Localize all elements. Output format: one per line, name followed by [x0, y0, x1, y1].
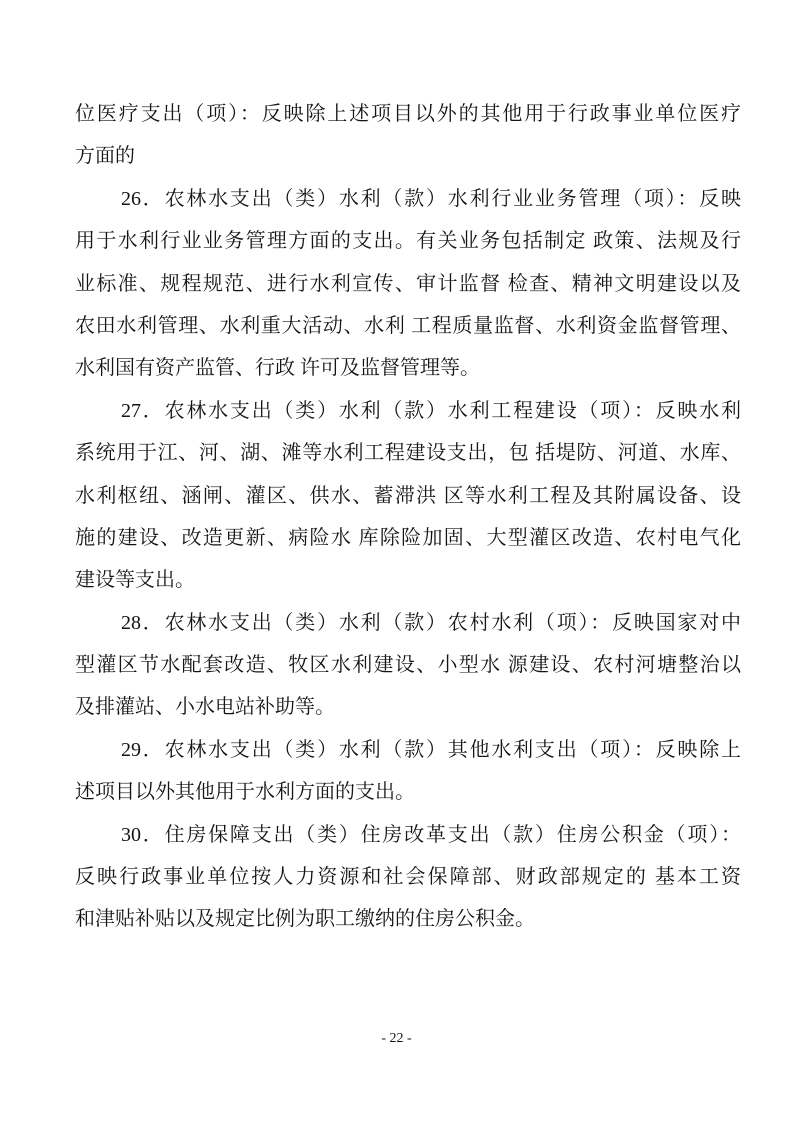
text-line: 业标准、规程规范、进行水利宣传、审计监督 检查、精神文明建设以及 — [75, 263, 741, 305]
text-line: 27．农林水支出（类）水利（款）水利工程建设（项）：反映水利 — [75, 390, 741, 432]
document-page: 位医疗支出（项）：反映除上述项目以外的其他用于行政事业单位医疗方面的26．农林水… — [0, 0, 793, 1122]
text-line: 农田水利管理、水利重大活动、水利 工程质量监督、水利资金监督管理、 — [75, 305, 741, 347]
text-line: 29．农林水支出（类）水利（款）其他水利支出（项）：反映除上 — [75, 729, 741, 771]
text-line: 施的建设、改造更新、病险水 库除险加固、大型灌区改造、农村电气化 — [75, 517, 741, 559]
text-line: 述项目以外其他用于水利方面的支出。 — [75, 771, 741, 813]
text-line: 28．农林水支出（类）水利（款）农村水利（项）：反映国家对中 — [75, 602, 741, 644]
text-line: 系统用于江、河、湖、滩等水利工程建设支出，包 括堤防、河道、水库、 — [75, 432, 741, 474]
text-line: 水利国有资产监管、行政 许可及监督管理等。 — [75, 347, 741, 389]
text-line: 建设等支出。 — [75, 559, 741, 601]
text-line: 水利枢纽、涵闸、灌区、供水、蓄滞洪 区等水利工程及其附属设备、设 — [75, 475, 741, 517]
text-line: 反映行政事业单位按人力资源和社会保障部、财政部规定的 基本工资 — [75, 856, 741, 898]
text-line: 型灌区节水配套改造、牧区水利建设、小型水 源建设、农村河塘整治以 — [75, 644, 741, 686]
page-number: - 22 - — [0, 1031, 793, 1047]
text-line: 和津贴补贴以及规定比例为职工缴纳的住房公积金。 — [75, 898, 741, 940]
text-line: 26．农林水支出（类）水利（款）水利行业业务管理（项）：反映 — [75, 178, 741, 220]
text-line: 30．住房保障支出（类）住房改革支出（款）住房公积金（项）： — [75, 814, 741, 856]
document-text: 位医疗支出（项）：反映除上述项目以外的其他用于行政事业单位医疗方面的26．农林水… — [75, 93, 741, 941]
text-line: 用于水利行业业务管理方面的支出。有关业务包括制定 政策、法规及行 — [75, 220, 741, 262]
text-line: 方面的 — [75, 135, 741, 177]
text-line: 位医疗支出（项）：反映除上述项目以外的其他用于行政事业单位医疗 — [75, 93, 741, 135]
text-line: 及排灌站、小水电站补助等。 — [75, 686, 741, 728]
